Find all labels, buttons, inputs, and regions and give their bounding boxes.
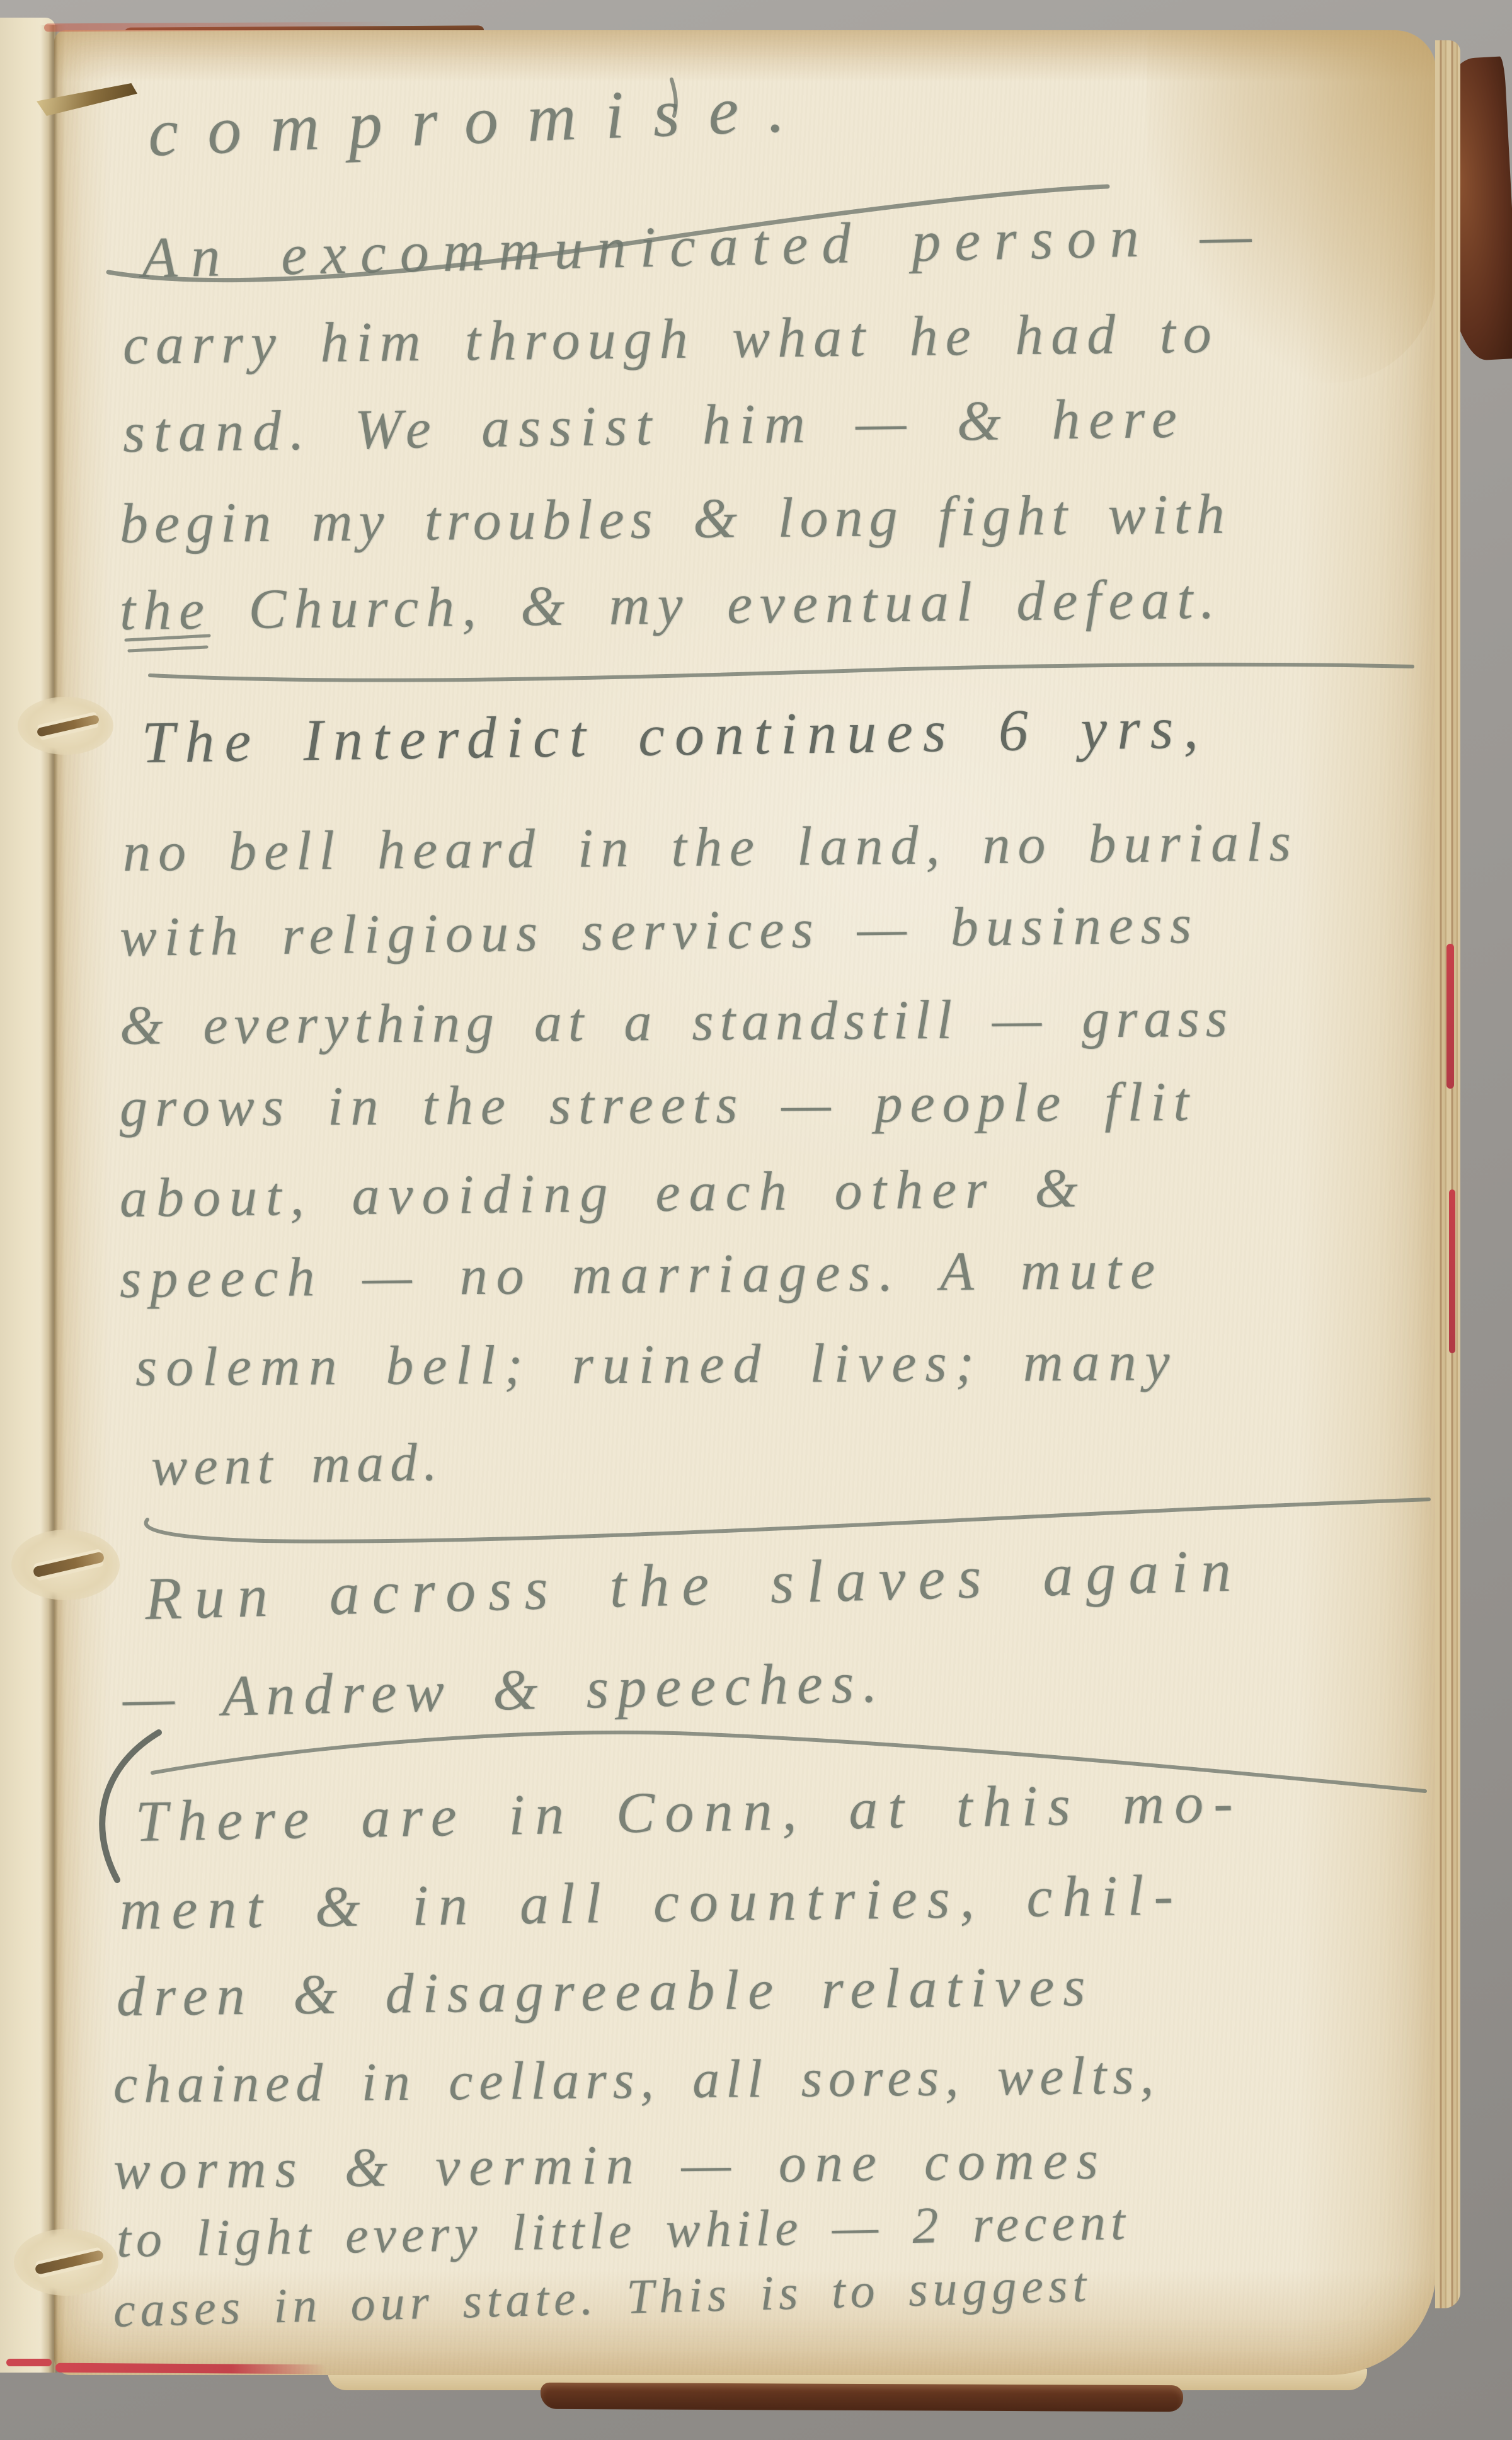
handwritten-line: about, avoiding each other & xyxy=(119,1157,1087,1230)
handwritten-line: chained in cellars, all sores, welts, xyxy=(113,2044,1160,2116)
handwritten-line: the Church, & my eventual defeat. xyxy=(119,567,1222,643)
handwritten-line: carry him through what he had to xyxy=(122,301,1219,377)
handwritten-line: The Interdict continues 6 yrs, xyxy=(141,694,1208,777)
handwritten-line: with religious services — business xyxy=(119,893,1199,970)
handwritten-line: & everything at a standstill — grass xyxy=(120,987,1234,1058)
handwriting-layer: compromise.An excommunicated person —car… xyxy=(0,0,1512,2440)
handwritten-line: stand. We assist him — & here xyxy=(122,386,1186,466)
handwritten-line: went mad. xyxy=(151,1430,444,1498)
handwritten-line: An excommunicated person — xyxy=(141,201,1266,291)
handwritten-line: ment & in all countries, chil- xyxy=(119,1861,1183,1943)
handwritten-line: There are in Conn, at this mo- xyxy=(135,1768,1244,1855)
page-title-handwritten: compromise. xyxy=(147,69,815,172)
handwritten-line: to light every little while — 2 recent xyxy=(116,2192,1130,2269)
handwritten-line: begin my troubles & long fight with xyxy=(120,482,1231,556)
handwritten-line: solemn bell; ruined lives; many xyxy=(135,1330,1179,1399)
handwritten-line: dren & disagreeable relatives xyxy=(116,1954,1094,2029)
handwritten-line: — Andrew & speeches. xyxy=(122,1649,886,1731)
handwritten-line: speech — no marriages. A mute xyxy=(120,1239,1164,1311)
handwritten-line: grows in the streets — people flit xyxy=(120,1070,1196,1140)
handwritten-line: Run across the slaves again xyxy=(144,1535,1245,1634)
photo-background: compromise.An excommunicated person —car… xyxy=(0,0,1512,2440)
handwritten-line: cases in our state. This is to suggest xyxy=(113,2256,1092,2339)
handwritten-line: worms & vermin — one comes xyxy=(113,2128,1107,2202)
handwritten-line: no bell heard in the land, no burials xyxy=(123,811,1299,885)
